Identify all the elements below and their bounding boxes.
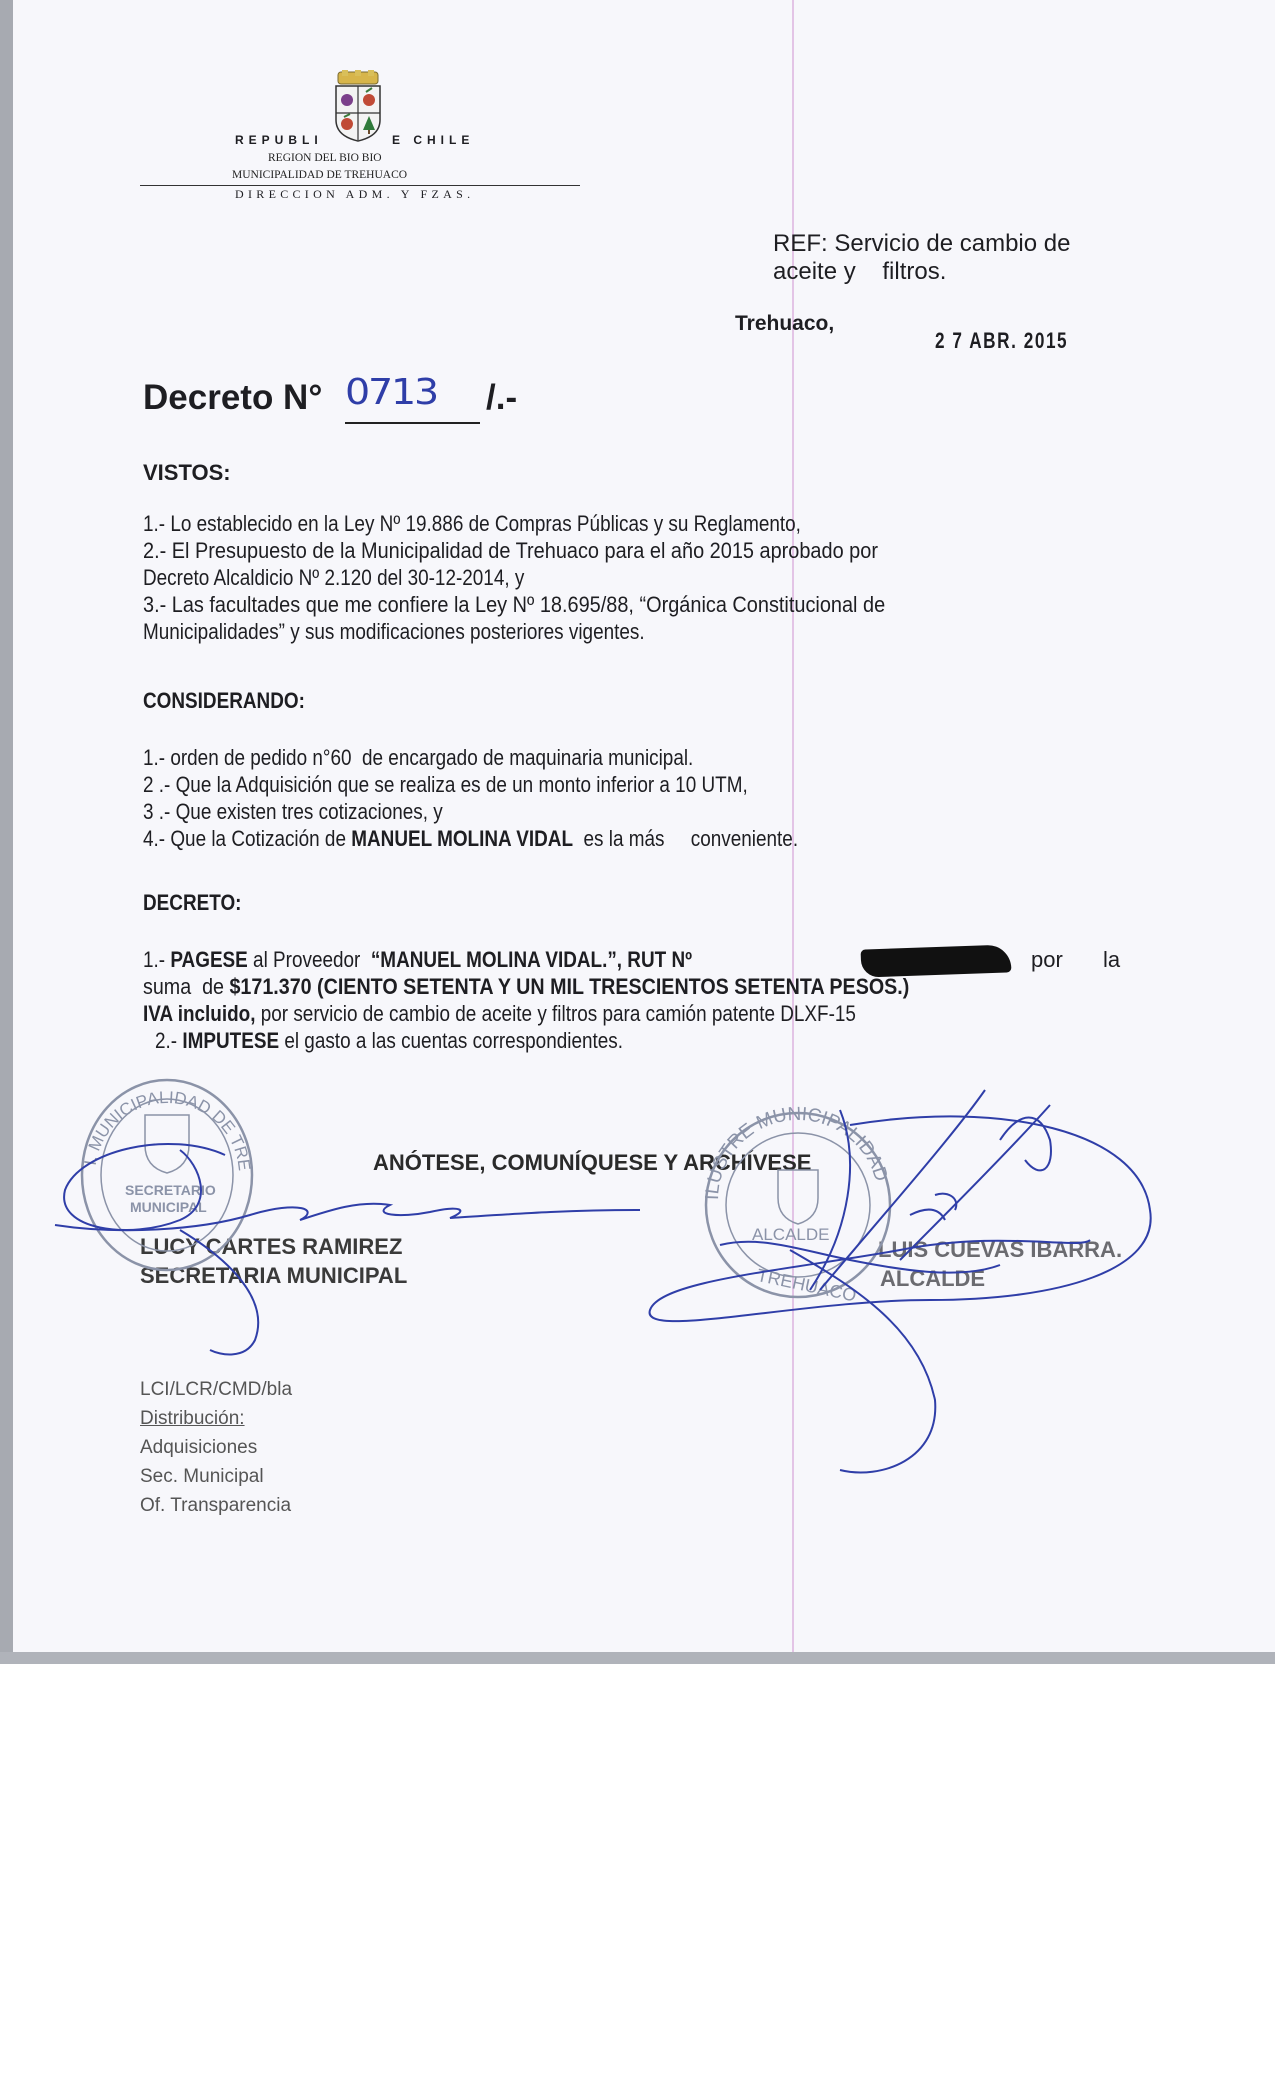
distribution-item: Of. Transparencia bbox=[140, 1491, 292, 1520]
svg-text:ILUSTRE MUNICIPALIDAD: ILUSTRE MUNICIPALIDAD bbox=[702, 1104, 892, 1200]
distribution-item: Adquisiciones bbox=[140, 1433, 292, 1462]
distribution-label: Distribución: bbox=[140, 1404, 292, 1433]
secretary-stamp-text-1: SECRETARIO bbox=[125, 1182, 216, 1198]
secretary-signature bbox=[55, 1144, 640, 1354]
initials: LCI/LCR/CMD/bla bbox=[140, 1375, 292, 1404]
secretary-stamp-icon: I. MUNICIPALIDAD DE TREHUACO SECRETARIO … bbox=[0, 0, 254, 1270]
mayor-stamp-center-text: ALCALDE bbox=[752, 1225, 829, 1244]
footer-distribution: LCI/LCR/CMD/bla Distribución: Adquisicio… bbox=[140, 1375, 292, 1520]
secretary-stamp-ring-text: I. MUNICIPALIDAD DE TREHUACO bbox=[0, 0, 254, 1172]
svg-text:I. MUNICIPALIDAD DE TREHUACO: I. MUNICIPALIDAD DE TREHUACO bbox=[0, 0, 254, 1172]
distribution-item: Sec. Municipal bbox=[140, 1462, 292, 1491]
mayor-stamp-ring-text: ILUSTRE MUNICIPALIDAD bbox=[702, 1104, 892, 1200]
mayor-stamp-icon: ILUSTRE MUNICIPALIDAD ALCALDE TREHUACO bbox=[702, 1104, 892, 1306]
